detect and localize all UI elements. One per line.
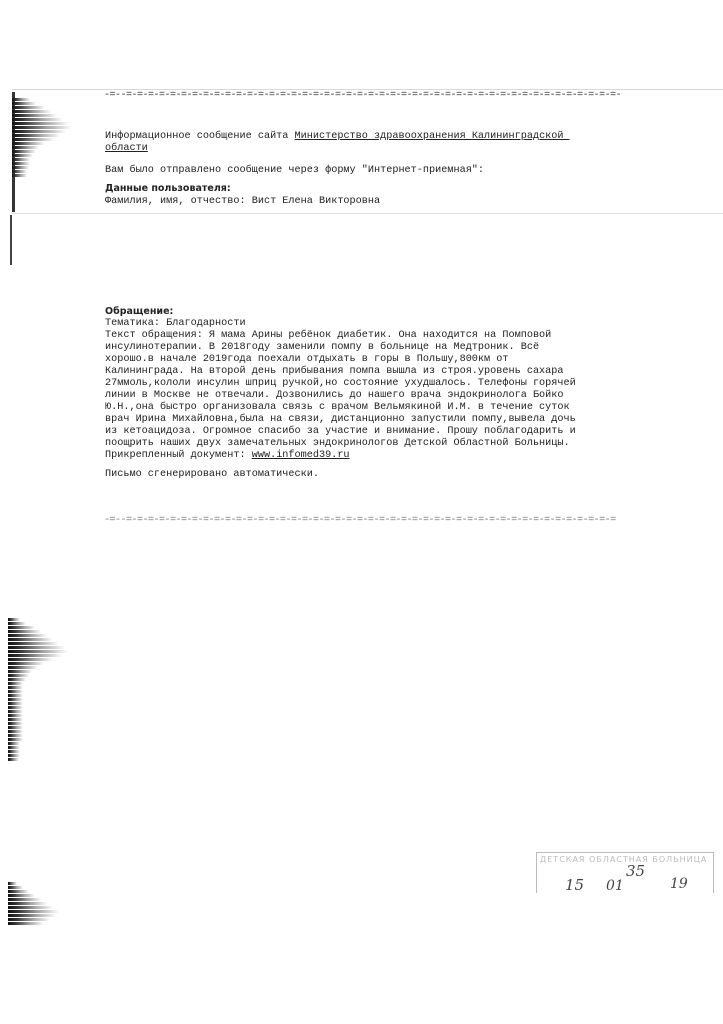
appeal-text-line: инсулинотерапии. В 2018году заменили пом… (105, 342, 539, 354)
sent-notice: Вам было отправлено сообщение через форм… (105, 165, 484, 177)
header-line-2: области (105, 143, 148, 155)
stamp-handwritten-month: 01 (606, 878, 624, 894)
scanner-streak-bottom (8, 882, 68, 926)
attachment-link[interactable]: www.infomed39.ru (252, 450, 350, 461)
appeal-section-title: Обращение: (105, 306, 173, 318)
appeal-text-line: Текст обращения: Я мама Арины ребёнок ди… (105, 330, 551, 342)
appeal-text-line: из кетоацидоза. Огромное спасибо за учас… (105, 426, 576, 438)
header-intro: Информационное сообщение сайта (105, 131, 295, 142)
appeal-text-line: линии в Москве не отвечали. Дозвонились … (105, 390, 564, 402)
user-section-title: Данные пользователя: (105, 183, 231, 195)
stamp-handwritten-number: 35 (626, 862, 645, 880)
separator-bottom: -=--=-=-=-=-=-=-=-=-=-=-=-=-=-=-=-=-=-=-… (104, 515, 616, 526)
user-full-name: Фамилия, имя, отчество: Вист Елена Викто… (105, 196, 380, 208)
appeal-text-line: хорошо.в начале 2019года поехали отдыхат… (105, 354, 509, 366)
site-name-link[interactable]: Министерство здравоохранения Калининград… (295, 131, 570, 142)
site-name-link-cont[interactable]: области (105, 143, 148, 154)
appeal-text-line: Калининграда. На второй день прибывания … (105, 366, 564, 378)
attachment-line: Прикрепленный документ: www.infomed39.ru (105, 450, 350, 462)
scan-left-bar-lower (10, 215, 12, 265)
appeal-text-line: врач Ирина Михайловна,была на связи, дис… (105, 414, 576, 426)
appeal-text-line: Ю.Н.,она быстро организовала связь с вра… (105, 402, 570, 414)
full-name-value: Вист Елена Викторовна (252, 196, 380, 207)
appeal-text-line: поощрить наших двух замечательных эндокр… (105, 438, 570, 450)
appeal-text-line: 27ммоль,кололи инсулин шприц ручкой,но с… (105, 378, 576, 390)
stamp-handwritten-year: 19 (670, 876, 688, 892)
auto-generated-note: Письмо сгенерировано автоматически. (105, 469, 319, 481)
scanner-streak-middle (8, 618, 68, 762)
topic-value: Благодарности (166, 318, 245, 329)
attachment-label: Прикрепленный документ: (105, 450, 252, 461)
topic-label: Тематика: (105, 318, 166, 329)
separator-top: -=--=-=-=-=-=-=-=-=-=-=-=-=-=-=-=-=-=-=-… (104, 90, 621, 101)
full-name-label: Фамилия, имя, отчество: (105, 196, 252, 207)
scanner-streak-top (12, 98, 72, 178)
appeal-topic: Тематика: Благодарности (105, 318, 246, 330)
stamp-printed-text: ДЕТСКАЯ ОБЛАСТНАЯ БОЛЬНИЦА (540, 855, 707, 864)
scan-mid-edge (12, 213, 723, 214)
header-line-1: Информационное сообщение сайта Министерс… (105, 131, 570, 143)
stamp-handwritten-day: 15 (565, 876, 584, 894)
